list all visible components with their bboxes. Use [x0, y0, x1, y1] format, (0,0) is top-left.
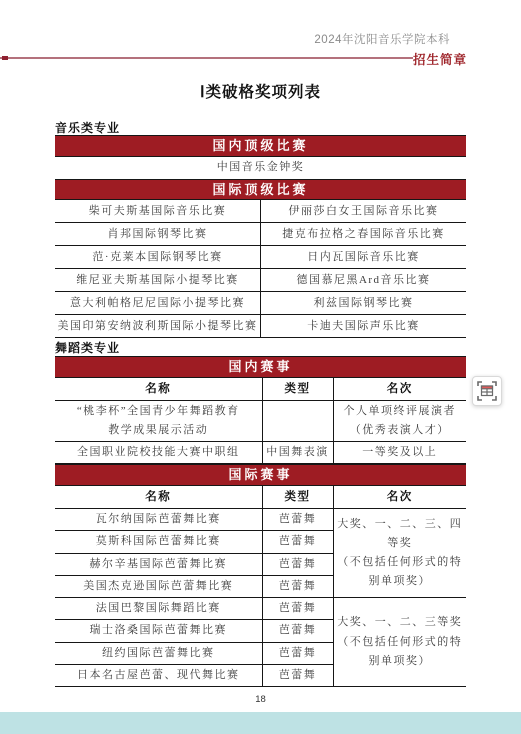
competition-name: 美国印第安纳波利斯国际小提琴比赛: [55, 315, 261, 338]
dance-domestic-table: 国内赛事 名称 类型 名次 “桃李杯”全国青少年舞蹈教育 教学成果展示活动 个人…: [55, 356, 466, 464]
event-name: 全国职业院校技能大赛中职组: [55, 442, 262, 464]
table-row: 意大利帕格尼尼国际小提琴比赛 利兹国际钢琴比赛: [55, 292, 466, 315]
page-title: Ⅰ类破格奖项列表: [0, 80, 521, 102]
event-type: 芭蕾舞: [262, 598, 333, 620]
section-label-music: 音乐类专业: [55, 119, 120, 136]
event-name: 纽约国际芭蕾舞比赛: [55, 642, 262, 664]
header-brochure-label: 招生简章: [413, 50, 467, 68]
event-type: 芭蕾舞: [262, 642, 333, 664]
event-name: 瑞士洛桑国际芭蕾舞比赛: [55, 620, 262, 642]
table-capture-button[interactable]: [472, 376, 502, 406]
table-capture-icon: [477, 381, 497, 401]
table-row: 维尼亚夫斯基国际小提琴比赛 德国慕尼黑Ard音乐比赛: [55, 269, 466, 292]
header-divider-tick: [2, 56, 8, 60]
header-divider-line: [0, 57, 413, 59]
document-page: 2024年沈阳音乐学院本科 招生简章 Ⅰ类破格奖项列表 音乐类专业 国内顶级比赛…: [0, 0, 521, 734]
competition-name: 维尼亚夫斯基国际小提琴比赛: [55, 269, 261, 292]
competition-name: 日内瓦国际音乐比赛: [261, 246, 467, 269]
column-header-type: 类型: [262, 377, 333, 400]
event-rank: 个人单项终评展演者 （优秀表演人才）: [333, 400, 466, 442]
event-rank-merged: 大奖、一、二、三等奖 （不包括任何形式的特别单项奖）: [333, 598, 466, 687]
event-type: 芭蕾舞: [262, 620, 333, 642]
table-row: “桃李杯”全国青少年舞蹈教育 教学成果展示活动 个人单项终评展演者 （优秀表演人…: [55, 400, 466, 442]
column-header-rank: 名次: [333, 377, 466, 400]
dance-domestic-header: 国内赛事: [55, 357, 466, 378]
event-rank: 一等奖及以上: [333, 442, 466, 464]
table-row: 全国职业院校技能大赛中职组 中国舞表演 一等奖及以上: [55, 442, 466, 464]
event-name: 莫斯科国际芭蕾舞比赛: [55, 531, 262, 553]
column-header-rank: 名次: [333, 486, 466, 509]
competition-name: 卡迪夫国际声乐比赛: [261, 315, 467, 338]
event-type: [262, 400, 333, 442]
competition-name: 德国慕尼黑Ard音乐比赛: [261, 269, 467, 292]
event-rank-merged: 大奖、一、二、三、四等奖 （不包括任何形式的特别单项奖）: [333, 509, 466, 598]
page-number: 18: [0, 694, 521, 705]
competition-name: 利兹国际钢琴比赛: [261, 292, 467, 315]
competition-name: 范·克莱本国际钢琴比赛: [55, 246, 261, 269]
column-header-type: 类型: [262, 486, 333, 509]
competition-name: 肖邦国际钢琴比赛: [55, 223, 261, 246]
dance-international-header: 国际赛事: [55, 465, 466, 486]
event-type: 中国舞表演: [262, 442, 333, 464]
competition-name: 意大利帕格尼尼国际小提琴比赛: [55, 292, 261, 315]
event-name: 日本名古屋芭蕾、现代舞比赛: [55, 664, 262, 686]
table-header-row: 名称 类型 名次: [55, 486, 466, 509]
event-name: “桃李杯”全国青少年舞蹈教育 教学成果展示活动: [55, 400, 262, 442]
event-type: 芭蕾舞: [262, 664, 333, 686]
event-name: 美国杰克逊国际芭蕾舞比赛: [55, 575, 262, 597]
music-international-top-header: 国际顶级比赛: [55, 179, 466, 200]
music-domestic-top-header: 国内顶级比赛: [55, 136, 466, 157]
footer-color-band: [0, 712, 521, 734]
table-row: 法国巴黎国际舞蹈比赛 芭蕾舞 大奖、一、二、三等奖 （不包括任何形式的特别单项奖…: [55, 598, 466, 620]
column-header-name: 名称: [55, 377, 262, 400]
table-row: 肖邦国际钢琴比赛 捷克布拉格之春国际音乐比赛: [55, 223, 466, 246]
event-type: 芭蕾舞: [262, 531, 333, 553]
event-type: 芭蕾舞: [262, 575, 333, 597]
event-name: 法国巴黎国际舞蹈比赛: [55, 598, 262, 620]
music-awards-table: 国内顶级比赛 中国音乐金钟奖 国际顶级比赛 柴可夫斯基国际音乐比赛 伊丽莎白女王…: [55, 135, 466, 338]
dance-awards-tables: 国内赛事 名称 类型 名次 “桃李杯”全国青少年舞蹈教育 教学成果展示活动 个人…: [55, 356, 466, 687]
table-row: 瓦尔纳国际芭蕾舞比赛 芭蕾舞 大奖、一、二、三、四等奖 （不包括任何形式的特别单…: [55, 509, 466, 531]
dance-international-table: 国际赛事 名称 类型 名次 瓦尔纳国际芭蕾舞比赛 芭蕾舞 大奖、一、二、三、四等…: [55, 464, 466, 687]
competition-name: 柴可夫斯基国际音乐比赛: [55, 200, 261, 223]
column-header-name: 名称: [55, 486, 262, 509]
table-header-row: 名称 类型 名次: [55, 377, 466, 400]
event-type: 芭蕾舞: [262, 509, 333, 531]
event-type: 芭蕾舞: [262, 553, 333, 575]
event-name: 赫尔辛基国际芭蕾舞比赛: [55, 553, 262, 575]
event-name: 瓦尔纳国际芭蕾舞比赛: [55, 509, 262, 531]
header-school-year: 2024年沈阳音乐学院本科: [314, 31, 450, 47]
music-domestic-item: 中国音乐金钟奖: [55, 156, 466, 179]
table-row: 柴可夫斯基国际音乐比赛 伊丽莎白女王国际音乐比赛: [55, 200, 466, 223]
table-row: 范·克莱本国际钢琴比赛 日内瓦国际音乐比赛: [55, 246, 466, 269]
competition-name: 伊丽莎白女王国际音乐比赛: [261, 200, 467, 223]
section-label-dance: 舞蹈类专业: [55, 339, 120, 356]
competition-name: 捷克布拉格之春国际音乐比赛: [261, 223, 467, 246]
table-row: 美国印第安纳波利斯国际小提琴比赛 卡迪夫国际声乐比赛: [55, 315, 466, 338]
